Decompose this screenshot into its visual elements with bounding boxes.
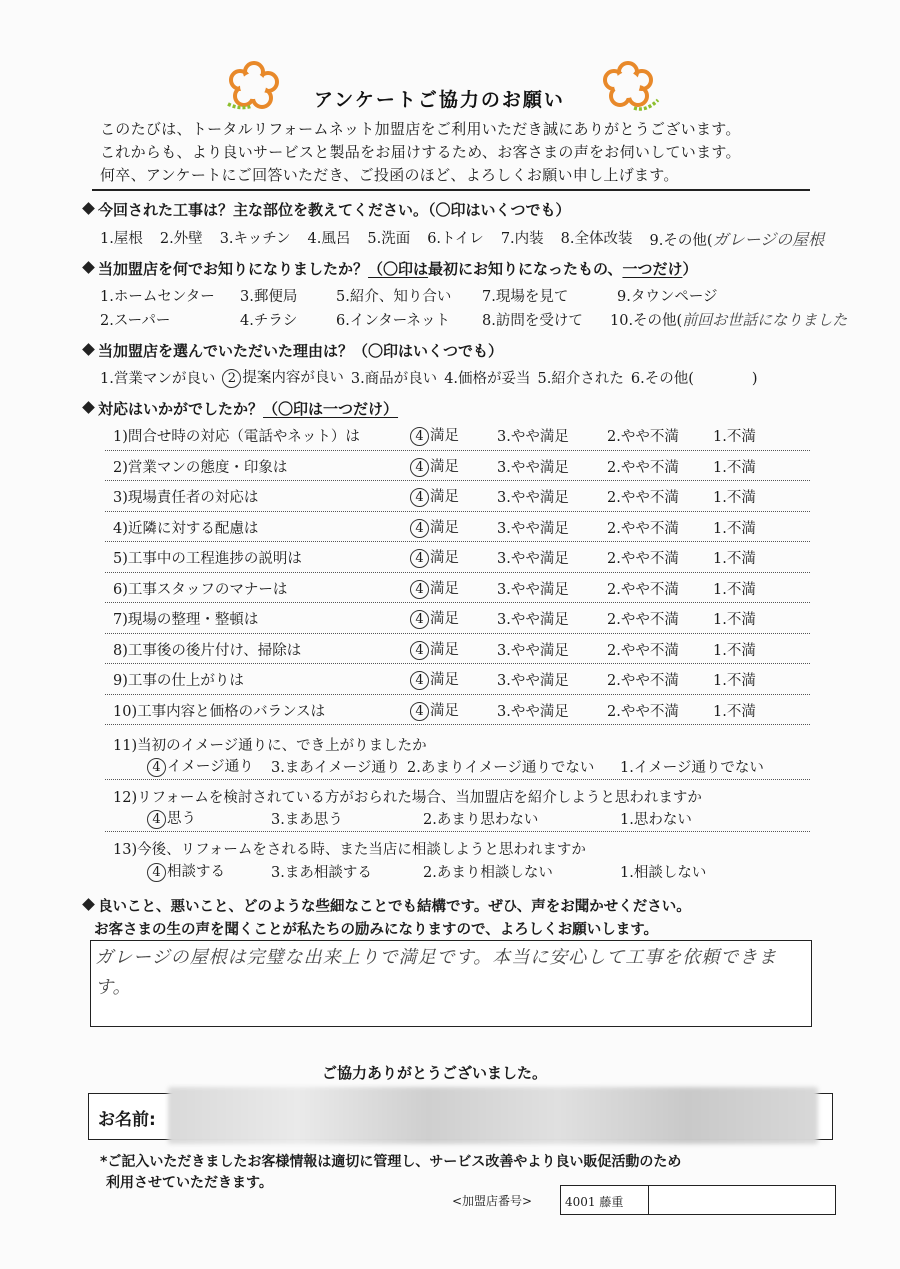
divider [92,189,810,191]
diamond-bullet-icon [82,202,95,215]
rating-option-selected[interactable]: 4満足 [410,455,459,477]
q2-option[interactable]: 6.インターネット [336,309,450,330]
q11-label: 11)当初のイメージ通りに、でき上がりましたか [113,734,427,755]
rating-option-selected[interactable]: 4満足 [410,546,459,568]
q1-option[interactable]: 8.全体改装 [561,227,633,250]
q3-option-selected[interactable]: 2提案内容が良い [222,366,344,388]
selected-circle: 4 [410,519,429,538]
rating-option-selected[interactable]: 4満足 [410,424,459,446]
q13-option[interactable]: 1.相談しない [620,861,706,882]
q5-subheading: お客さまの生の声を聞くことが私たちの励みになりますので、よろしくお願いします。 [94,918,658,939]
q3-option[interactable]: 3.商品が良い [351,367,437,388]
q1-option[interactable]: 3.キッチン [220,227,291,250]
q1-option[interactable]: 4.風呂 [308,227,351,250]
rating-option[interactable]: 3.やや満足 [497,700,569,721]
rating-row: 3)現場責任者の対応は4満足3.やや満足2.やや不満1.不満 [105,481,810,512]
rating-option[interactable]: 2.やや不満 [607,700,679,721]
q13-option[interactable]: 3.まあ相談する [271,861,372,882]
rating-option[interactable]: 1.不満 [713,425,756,446]
intro-line: このたびは、トータルリフォームネット加盟店をご利用いただき誠にありがとうございま… [100,118,741,139]
q13-option-selected[interactable]: 4相談する [147,860,225,882]
rating-row: 9)工事の仕上がりは4満足3.やや満足2.やや不満1.不満 [105,664,810,695]
selected-circle: 4 [147,810,166,829]
rating-question: 4)近隣に対する配慮は [113,517,258,538]
rating-option[interactable]: 3.やや満足 [497,669,569,690]
q3-option[interactable]: 6.その他( ) [631,367,758,388]
store-number-blank [649,1186,835,1214]
rating-option[interactable]: 1.不満 [713,578,756,599]
rating-row: 10)工事内容と価格のバランスは4満足3.やや満足2.やや不満1.不満 [105,695,810,726]
rating-option[interactable]: 2.やや不満 [607,456,679,477]
rating-option[interactable]: 2.やや不満 [607,608,679,629]
store-number-label: <加盟店番号> [452,1192,532,1209]
rating-option[interactable]: 1.不満 [713,700,756,721]
rating-option[interactable]: 2.やや不満 [607,486,679,507]
name-label: お名前: [98,1105,156,1130]
rating-row: 2)営業マンの態度・印象は4満足3.やや満足2.やや不満1.不満 [105,451,810,482]
rating-option[interactable]: 3.やや満足 [497,547,569,568]
q12-label: 12)リフォームを検討されている方がおられた場合、当加盟店を紹介しようと思われま… [113,786,702,807]
rating-option[interactable]: 3.やや満足 [497,639,569,660]
flower-decoration-icon [222,58,282,118]
selected-circle: 4 [147,758,166,777]
rating-option[interactable]: 2.やや不満 [607,425,679,446]
q1-other-answer[interactable]: ガレージの屋根 [713,230,825,249]
rating-option-selected[interactable]: 4満足 [410,607,459,629]
q2-option[interactable]: 3.郵便局 [240,285,297,306]
selected-circle: 4 [410,641,429,660]
q5-heading: 良いこと、悪いこと、どのような些細なことでも結構です。ぜひ、声をお聞かせください… [84,895,691,916]
privacy-note: *ご記入いただきましたお客様情報は適切に管理し、サービス改善やより良い販促活動の… [100,1151,681,1171]
rating-option[interactable]: 1.不満 [713,547,756,568]
q1-heading: 今回された工事は？主な部位を教えてください。（〇印はいくつでも） [84,199,571,220]
q4-heading: 対応はいかがでしたか？（〇印は一つだけ） [84,398,398,419]
q3-option[interactable]: 1.営業マンが良い [100,367,215,388]
q3-options: 1.営業マンが良い 2提案内容が良い 3.商品が良い 4.価格が妥当 5.紹介さ… [100,366,758,388]
diamond-bullet-icon [82,261,95,274]
q13-option[interactable]: 2.あまり相談しない [423,861,553,882]
selected-circle: 4 [410,580,429,599]
selected-circle: 4 [410,427,429,446]
rating-option[interactable]: 1.不満 [713,608,756,629]
q11: 11)当初のイメージ通りに、でき上がりましたか 4イメージ通り 3.まあイメージ… [105,730,810,780]
q11-option[interactable]: 3.まあイメージ通り [271,756,400,777]
rating-option-selected[interactable]: 4満足 [410,699,459,721]
selected-circle: 4 [410,458,429,477]
rating-option[interactable]: 3.やや満足 [497,456,569,477]
q12-option[interactable]: 2.あまり思わない [423,808,538,829]
rating-row: 5)工事中の工程進捗の説明は4満足3.やや満足2.やや不満1.不満 [105,542,810,573]
q12-option-selected[interactable]: 4思う [147,807,196,829]
rating-question: 6)工事スタッフのマナーは [113,578,287,599]
rating-question: 2)営業マンの態度・印象は [113,456,287,477]
selected-circle: 4 [410,702,429,721]
q2-option[interactable]: 10.その他( [610,313,682,329]
q13-label: 13)今後、リフォームをされる時、また当店に相談しようと思われますか [113,838,586,859]
diamond-bullet-icon [82,343,95,356]
rating-row: 1)問合せ時の対応（電話やネット）は4満足3.やや満足2.やや不満1.不満 [105,420,810,451]
q2-option[interactable]: 1.ホームセンター [100,285,215,306]
rating-row: 8)工事後の後片付け、掃除は4満足3.やや満足2.やや不満1.不満 [105,634,810,665]
q3-heading: 当加盟店を選んでいただいた理由は？（〇印はいくつでも） [84,340,503,361]
rating-option[interactable]: 1.不満 [713,639,756,660]
q1-option[interactable]: 5.洗面 [367,227,410,250]
store-number-table: 4001 藤重 [560,1185,836,1215]
privacy-note: 利用させていただきます。 [106,1172,273,1192]
q11-option[interactable]: 1.イメージ通りでない [620,756,764,777]
q12-option[interactable]: 1.思わない [620,808,692,829]
q12-option[interactable]: 3.まあ思う [271,808,343,829]
page-title: アンケートご協力のお願い [314,85,565,112]
q1-option[interactable]: 2.外壁 [160,227,203,250]
q2-option[interactable]: 9.タウンページ [617,285,718,306]
q2-heading: 当加盟店を何でお知りになりましたか？（〇印は最初にお知りになったもの、一つだけ） [84,258,697,279]
q2-option[interactable]: 2.スーパー [100,309,170,330]
rating-row: 7)現場の整理・整頓は4満足3.やや満足2.やや不満1.不満 [105,603,810,634]
rating-option[interactable]: 2.やや不満 [607,669,679,690]
rating-question: 5)工事中の工程進捗の説明は [113,547,302,568]
redacted-name [168,1087,818,1144]
rating-option[interactable]: 1.不満 [713,456,756,477]
q13: 13)今後、リフォームをされる時、また当店に相談しようと思われますか 4相談する… [105,833,810,885]
selected-circle: 4 [410,610,429,629]
rating-option[interactable]: 3.やや満足 [497,425,569,446]
rating-option[interactable]: 1.不満 [713,517,756,538]
q2-option[interactable]: 8.訪問を受けて [482,309,583,330]
flower-decoration-icon [600,58,660,118]
rating-option[interactable]: 1.不満 [713,486,756,507]
rating-question: 1)問合せ時の対応（電話やネット）は [113,425,360,446]
rating-question: 8)工事後の後片付け、掃除は [113,639,301,660]
q1-options: 1.屋根 2.外壁 3.キッチン 4.風呂 5.洗面 6.トイレ 7.内装 8.… [100,227,824,250]
diamond-bullet-icon [82,401,95,414]
rating-option-selected[interactable]: 4満足 [410,668,459,690]
q3-option[interactable]: 4.価格が妥当 [444,367,530,388]
comment-text: ガレージの屋根は完璧な出来上りで満足です。本当に安心して工事を依頼できます。 [91,941,811,1005]
rating-option[interactable]: 2.やや不満 [607,639,679,660]
rating-option-selected[interactable]: 4満足 [410,485,459,507]
rating-option[interactable]: 2.やや不満 [607,517,679,538]
rating-option[interactable]: 3.やや満足 [497,608,569,629]
q11-option[interactable]: 2.あまりイメージ通りでない [407,756,594,777]
q1-option[interactable]: 7.内装 [501,227,544,250]
rating-row: 6)工事スタッフのマナーは4満足3.やや満足2.やや不満1.不満 [105,573,810,604]
rating-option-selected[interactable]: 4満足 [410,638,459,660]
intro-line: これからも、より良いサービスと製品をお届けするため、お客さまの声をお伺いしていま… [100,141,741,162]
rating-option-selected[interactable]: 4満足 [410,516,459,538]
q2-option[interactable]: 4.チラシ [240,309,297,330]
rating-question: 10)工事内容と価格のバランスは [113,700,325,721]
q1-option[interactable]: 1.屋根 [100,227,143,250]
rating-option[interactable]: 3.やや満足 [497,517,569,538]
q1-option[interactable]: 6.トイレ [427,227,484,250]
q1-option[interactable]: 9.その他( [650,233,713,249]
selected-circle: 4 [147,863,166,882]
store-number: 4001 藤重 [561,1186,649,1214]
rating-question: 7)現場の整理・整頓は [113,608,258,629]
selected-circle: 4 [410,488,429,507]
q12: 12)リフォームを検討されている方がおられた場合、当加盟店を紹介しようと思われま… [105,781,810,832]
diamond-bullet-icon [82,898,95,911]
q2-option[interactable]: 5.紹介、知り合い [336,285,451,306]
thanks-message: ご協力ありがとうございました。 [322,1062,547,1083]
q11-option-selected[interactable]: 4イメージ通り [147,755,254,777]
q2-other-answer[interactable]: 前回お世話になりました [682,311,847,329]
selected-circle: 4 [410,549,429,568]
rating-question: 9)工事の仕上がりは [113,669,244,690]
selected-circle: 2 [222,369,241,388]
rating-option[interactable]: 3.やや満足 [497,578,569,599]
q3-option[interactable]: 5.紹介された [538,367,624,388]
rating-option-selected[interactable]: 4満足 [410,577,459,599]
rating-question: 3)現場責任者の対応は [113,486,258,507]
rating-option[interactable]: 3.やや満足 [497,486,569,507]
rating-option[interactable]: 2.やや不満 [607,578,679,599]
q2-option[interactable]: 7.現場を見て [482,285,568,306]
selected-circle: 4 [410,671,429,690]
intro-line: 何卒、アンケートにご回答いただき、ご投函のほど、よろしくお願い申し上げます。 [100,164,679,185]
rating-option[interactable]: 1.不満 [713,669,756,690]
comment-textarea[interactable]: ガレージの屋根は完璧な出来上りで満足です。本当に安心して工事を依頼できます。 [90,940,812,1027]
rating-row: 4)近隣に対する配慮は4満足3.やや満足2.やや不満1.不満 [105,512,810,543]
rating-option[interactable]: 2.やや不満 [607,547,679,568]
